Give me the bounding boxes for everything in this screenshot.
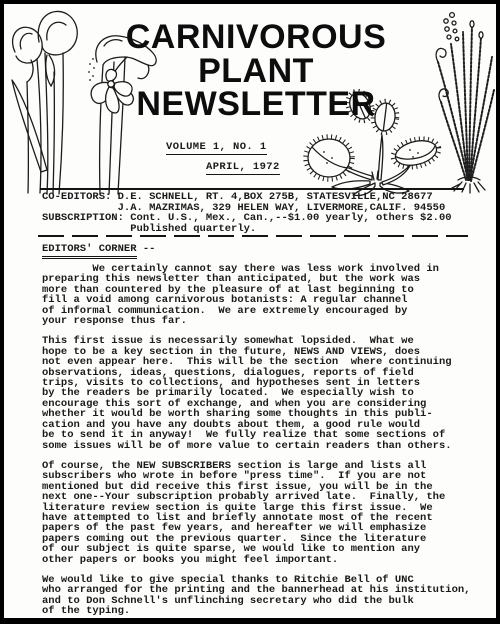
newsletter-page: CARNIVOROUS PLANT NEWSLETTER VOLUME 1, N… [0, 0, 500, 624]
newsletter-title: CARNIVOROUS PLANT NEWSLETTER [110, 21, 402, 122]
paragraph-2: This first issue is necessarily somewhat… [42, 336, 482, 450]
volume-number: VOLUME 1, NO. 1 [166, 141, 267, 153]
paragraph-3: Of course, the NEW SUBSCRIBERS section i… [42, 461, 482, 565]
sundew-plant-illustration [436, 13, 494, 193]
editors-corner-suffix: -- [137, 243, 156, 255]
title-line-2: PLANT [110, 55, 402, 89]
issue-date: APRIL, 1972 [206, 161, 280, 173]
divider-top-rule [40, 188, 464, 190]
paragraph-4: We would like to give special thanks to … [42, 575, 482, 617]
title-line-3: NEWSLETTER [110, 88, 402, 122]
editors-subscription-block: CO-EDITORS: D.E. SCHNELL, RT. 4,BOX 275B… [42, 192, 452, 234]
editors-corner-label: EDITORS' CORNER [42, 243, 137, 259]
pitcher-plants-illustration [12, 11, 77, 194]
title-line-1: CARNIVOROUS [110, 21, 402, 55]
editors-corner-body: We certainly cannot say there was less w… [42, 264, 482, 624]
paragraph-1: We certainly cannot say there was less w… [42, 264, 482, 326]
editors-corner-heading: EDITORS' CORNER -- [42, 243, 155, 255]
divider-dashed-rule [38, 235, 468, 237]
